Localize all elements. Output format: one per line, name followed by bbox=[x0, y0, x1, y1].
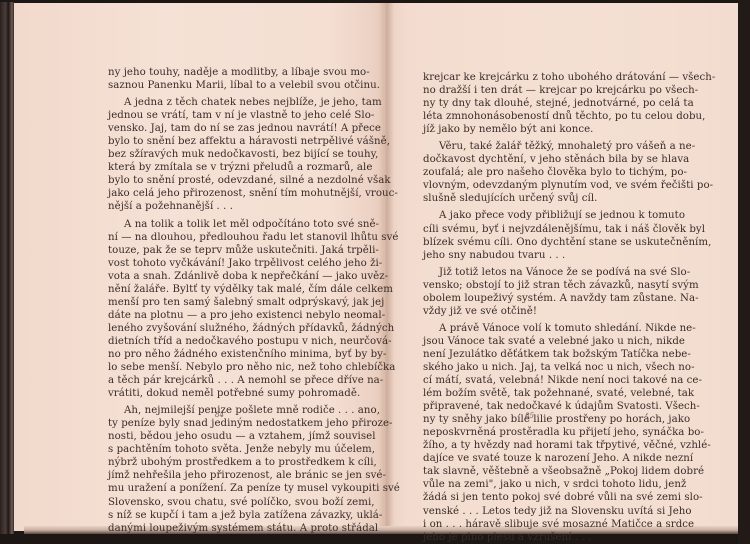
text-line: saznou Panenku Marii, líbal to a velebil… bbox=[108, 79, 365, 92]
text-line: jíž jako by nemělo být ani konce. bbox=[423, 123, 685, 136]
text-line: Slovensko, svou chatu, své políčko, svou… bbox=[108, 496, 365, 509]
text-line: není Jezulátko děťátkem tak božským Tatí… bbox=[423, 348, 685, 361]
text-line: vrátiti, dokud neměl potřebné sumy pohro… bbox=[108, 387, 365, 400]
text-line: nější a požehnanější . . . bbox=[108, 200, 365, 213]
text-line: žího, a ty hvězdy nad horami tak třpytiv… bbox=[423, 439, 685, 452]
paragraph: ny jeho touhy, naděje a modlitby, a líba… bbox=[108, 66, 365, 92]
text-line: ny ty sněhy jako bílé lilie prostřeny po… bbox=[423, 413, 685, 426]
text-line: venské . . . Letos tedy již na Slovensku… bbox=[423, 505, 685, 518]
book-left-edge bbox=[0, 2, 14, 534]
text-line: léta zmnohonásobeností dnů těchto, po tu… bbox=[423, 110, 685, 123]
text-line: žádá si jen tento pokoj své dobré vůli n… bbox=[423, 491, 685, 504]
text-line: tak slavně, věštebně a všeobsažně „Pokoj… bbox=[423, 465, 685, 478]
text-line: vlovným, odevzdaným plynutím vod, ve své… bbox=[423, 179, 685, 192]
text-line: A právě Vánoce volí k tomuto shledání. N… bbox=[423, 322, 685, 335]
text-line: i on . . . háravě slibuje své mosazné Ma… bbox=[423, 518, 685, 531]
text-line: menší pro ten samý šalebný smalt odprýsk… bbox=[108, 296, 365, 309]
text-line: slušně sledujících určený svůj cíl. bbox=[423, 192, 685, 205]
text-line: zoufalá; ale pro našeho člověka bylo to … bbox=[423, 166, 685, 179]
paragraph: Již totiž letos na Vánoce že se podívá n… bbox=[423, 266, 685, 318]
text-line: no pro něho žádného existenčního minima,… bbox=[108, 348, 365, 361]
text-line: vensko. Jaj, tam do ní se zas jednou nav… bbox=[108, 122, 365, 135]
text-line: A na tolik a tolik let měl odpočítáno to… bbox=[108, 218, 365, 231]
right-page-text: krejcar ke krejcárku z toho ubohého drát… bbox=[423, 71, 685, 544]
text-line: s pachtěním tohoto světa. Jenže nebyly m… bbox=[108, 443, 365, 456]
left-page-text: ny jeho touhy, naděje a modlitby, a líba… bbox=[108, 66, 365, 535]
text-line: a těch pár krejcárků . . . A nemohl se p… bbox=[108, 374, 365, 387]
book-spread: ny jeho touhy, naděje a modlitby, a líba… bbox=[0, 0, 750, 544]
text-line: vost tohoto vyčkávání! Jako trpělivost c… bbox=[108, 257, 365, 270]
text-line: no dražší i ten drát — krejcar po krejcá… bbox=[423, 84, 685, 97]
paragraph: A jako přece vody přibližují se jednou k… bbox=[423, 209, 685, 261]
text-line: blízek svému cíli. Ono dychtění stane se… bbox=[423, 236, 685, 249]
paragraph: Ah, nejmilejší penize pošlete mně rodiče… bbox=[108, 404, 365, 534]
text-line: jako celá jeho přirozenost, snění tím mo… bbox=[108, 187, 365, 200]
paragraph: A jedna z těch chatek nebes nejblíže, je… bbox=[108, 96, 365, 213]
text-line: ty peníze byly snad jediným nedostatkem … bbox=[108, 417, 365, 430]
text-line: bylo to snění bez affektu a háravosti ne… bbox=[108, 135, 365, 148]
right-page-number: 85 bbox=[525, 412, 534, 420]
text-line: mu uražení a ponížení. Za peníze ty muse… bbox=[108, 482, 365, 495]
text-line: jednou se vrátí, tam v ní je vlastně to … bbox=[108, 109, 365, 122]
text-line: ského jako u nich. Jaj, ta velká noc u n… bbox=[423, 361, 685, 374]
text-line: bylo to snění prosté, odevzdané, silné a… bbox=[108, 174, 365, 187]
text-line: cí mátí, svatá, velebná! Nikde není noci… bbox=[423, 374, 685, 387]
text-line: dočkavost dychtění, v jeho stěnách bila … bbox=[423, 153, 685, 166]
text-line: A jedna z těch chatek nebes nejblíže, je… bbox=[108, 96, 365, 109]
text-line: ny ty dny tak dlouhé, stejné, jednotvárn… bbox=[423, 97, 685, 110]
text-line: neposkvrněná prostěradla ku přijetí jeho… bbox=[423, 426, 685, 439]
text-line: krejcar ke krejcárku z toho ubohého drát… bbox=[423, 71, 685, 84]
text-line: s níž se kupčí i tam a jež byla zatížena… bbox=[108, 509, 365, 522]
text-line: leného zvyšování služného, žádných přída… bbox=[108, 322, 365, 335]
text-line: připravené, tak nedočkavé k údajům Svato… bbox=[423, 400, 685, 413]
text-line: dietních tříd a nedočkavého postupu v ni… bbox=[108, 335, 365, 348]
text-line: A jako přece vody přibližují se jednou k… bbox=[423, 209, 685, 222]
text-line: touze, pak že se teprv může uskutečniti.… bbox=[108, 244, 365, 257]
text-line: lém božím světě, tak požehnané, svaté, v… bbox=[423, 387, 685, 400]
text-line: dajíce ve svaté touze k narození Jeho. A… bbox=[423, 452, 685, 465]
text-line: vždy již ve své otčině! bbox=[423, 305, 685, 318]
text-line: jeho je plno plesu a vzrušení . . . bbox=[423, 531, 685, 544]
text-line: dáte na plotnu — a pro jeho existenci ne… bbox=[108, 309, 365, 322]
text-line: která by zmítala se v trýzni přeludů a r… bbox=[108, 161, 365, 174]
text-line: vota a snah. Zdánlivě doba k nepřečkání … bbox=[108, 270, 365, 283]
paragraph: krejcar ke krejcárku z toho ubohého drát… bbox=[423, 71, 685, 136]
paragraph: A právě Vánoce volí k tomuto shledání. N… bbox=[423, 322, 685, 544]
text-line: ní — na dlouhou, předlouhou řadu let sta… bbox=[108, 231, 365, 244]
text-line: bez sžíravých muk nedočkavosti, bez bijí… bbox=[108, 148, 365, 161]
paragraph: Věru, také žalář těžký, mnohaletý pro vá… bbox=[423, 140, 685, 205]
text-line: Věru, také žalář těžký, mnohaletý pro vá… bbox=[423, 140, 685, 153]
text-line: vůle na zemi", jako u nich, v srdci toho… bbox=[423, 478, 685, 491]
text-line: nýbrž ubohým prostředkem a to prostředke… bbox=[108, 456, 365, 469]
book-right-edge bbox=[738, 0, 750, 544]
text-line: Již totiž letos na Vánoce že se podívá n… bbox=[423, 266, 685, 279]
text-line: lo sebe menší. Nebylo pro něho nic, než … bbox=[108, 361, 365, 374]
paragraph: A na tolik a tolik let měl odpočítáno to… bbox=[108, 218, 365, 401]
text-line: vensko; obstojí to již stran těch závazk… bbox=[423, 279, 685, 292]
text-line: ny jeho touhy, naděje a modlitby, a líba… bbox=[108, 66, 365, 79]
text-line: Ah, nejmilejší penize pošlete mně rodiče… bbox=[108, 404, 365, 417]
text-line: nosti, bědou jeho osudu — a vztahem, jím… bbox=[108, 430, 365, 443]
text-line: jímž nehřešila jeho přirozenost, ale brá… bbox=[108, 469, 365, 482]
text-line: danými loupeživým systémem státu. A prot… bbox=[108, 522, 365, 535]
text-line: obolem loupeživý systém. A navždy tam zů… bbox=[423, 292, 685, 305]
text-line: cíli svému, byť i nejvzdálenějšímu, tak … bbox=[423, 223, 685, 236]
text-line: nění žaláře. Byltť ty výdělky tak malé, … bbox=[108, 283, 365, 296]
text-line: jsou Vánoce tak svaté a velebné jako u n… bbox=[423, 335, 685, 348]
text-line: jeho sny nabudou tvaru . . . bbox=[423, 249, 685, 262]
left-page-number: 84 bbox=[215, 411, 224, 419]
